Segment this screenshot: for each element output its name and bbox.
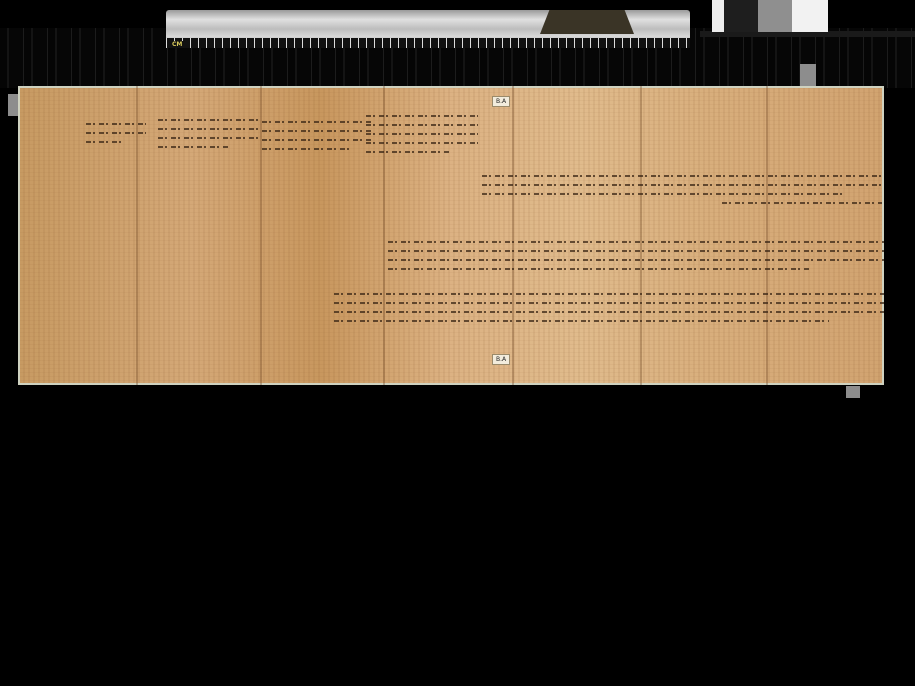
calibration-swatch-grey (758, 0, 792, 32)
text-column (262, 114, 372, 157)
calibration-swatch-scale (712, 0, 724, 32)
mount-tab (800, 64, 816, 86)
papyrus-sheet: B.A B.A (18, 86, 884, 385)
text-column (86, 116, 146, 150)
text-column (366, 108, 478, 160)
text-column (334, 286, 884, 329)
mount-tab (8, 94, 18, 116)
measuring-ruler: CM (166, 10, 690, 48)
catalog-label: B.A (492, 354, 510, 365)
calibration-swatch-white (792, 0, 828, 32)
calibration-swatch-black (724, 0, 758, 32)
ruler-label: CM (170, 41, 184, 48)
ruler-scale (166, 38, 690, 48)
text-column (388, 234, 884, 277)
mount-tab (846, 386, 860, 398)
ruler-clamp (540, 10, 634, 34)
catalog-label: B.A (492, 96, 510, 107)
text-column (158, 112, 258, 155)
text-column (482, 168, 882, 211)
